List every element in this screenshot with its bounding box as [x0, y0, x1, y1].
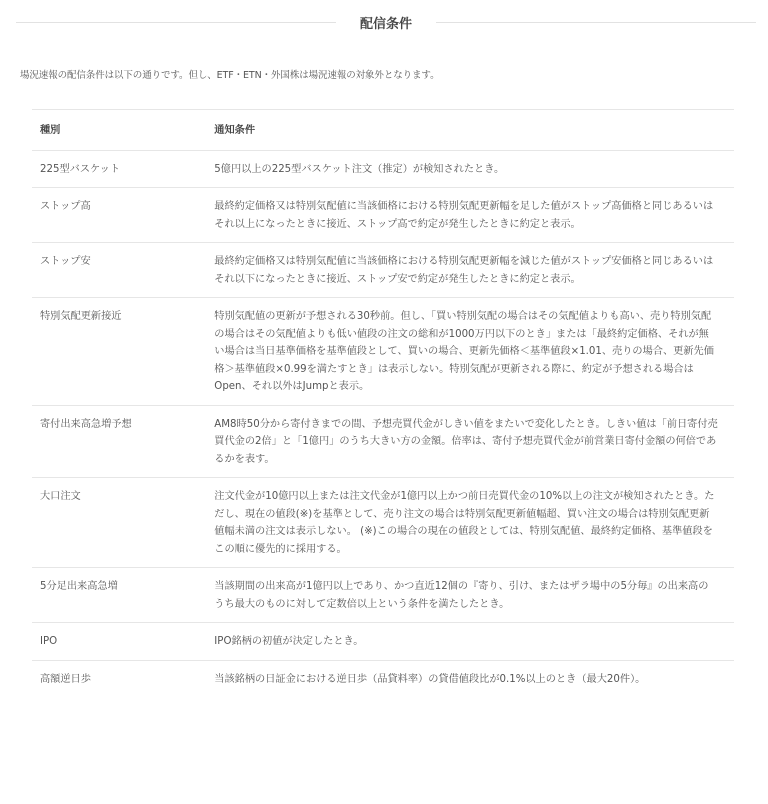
row-type: 寄付出来高急増予想 [32, 405, 206, 478]
section-heading: 配信条件 [16, 10, 756, 34]
table-row: 大口注文 注文代金が10億円以上または注文代金が1億円以上かつ前日売買代金の10… [32, 478, 734, 568]
header-condition: 通知条件 [206, 110, 734, 151]
table-row: IPO IPO銘柄の初値が決定したとき。 [32, 623, 734, 661]
row-condition: 最終約定価格又は特別気配値に当該価格における特別気配更新幅を足した値がストップ高… [206, 188, 734, 243]
row-type: 大口注文 [32, 478, 206, 568]
table-row: 5分足出来高急増 当該期間の出来高が1億円以上であり、かつ直近12個の『寄り、引… [32, 568, 734, 623]
header-type: 種別 [32, 110, 206, 151]
heading-divider-left [16, 22, 336, 23]
table-row: ストップ高 最終約定価格又は特別気配値に当該価格における特別気配更新幅を足した値… [32, 188, 734, 243]
row-condition: AM8時50分から寄付きまでの間、予想売買代金がしきい値をまたいで変化したとき。… [206, 405, 734, 478]
row-condition: 特別気配値の更新が予想される30秒前。但し、「買い特別気配の場合はその気配値より… [206, 298, 734, 406]
row-condition: 注文代金が10億円以上または注文代金が1億円以上かつ前日売買代金の10%以上の注… [206, 478, 734, 568]
row-type: 高額逆日歩 [32, 660, 206, 697]
heading-divider-right [436, 22, 756, 23]
table-row: 225型バスケット 5億円以上の225型バスケット注文（推定）が検知されたとき。 [32, 150, 734, 188]
row-type: ストップ高 [32, 188, 206, 243]
table-row: 寄付出来高急増予想 AM8時50分から寄付きまでの間、予想売買代金がしきい値をま… [32, 405, 734, 478]
table-row: 特別気配更新接近 特別気配値の更新が予想される30秒前。但し、「買い特別気配の場… [32, 298, 734, 406]
row-type: IPO [32, 623, 206, 661]
row-condition: 当該期間の出来高が1億円以上であり、かつ直近12個の『寄り、引け、またはザラ場中… [206, 568, 734, 623]
section-title: 配信条件 [336, 13, 436, 32]
row-condition: IPO銘柄の初値が決定したとき。 [206, 623, 734, 661]
row-type: 5分足出来高急増 [32, 568, 206, 623]
table-row: 高額逆日歩 当該銘柄の日証金における逆日歩（品貸料率）の貸借値段比が0.1%以上… [32, 660, 734, 697]
row-condition: 5億円以上の225型バスケット注文（推定）が検知されたとき。 [206, 150, 734, 188]
table-header-row: 種別 通知条件 [32, 110, 734, 151]
row-type: 特別気配更新接近 [32, 298, 206, 406]
row-condition: 最終約定価格又は特別気配値に当該価格における特別気配更新幅を減じた値がストップ安… [206, 243, 734, 298]
row-condition: 当該銘柄の日証金における逆日歩（品貸料率）の貸借値段比が0.1%以上のとき（最大… [206, 660, 734, 697]
table-row: ストップ安 最終約定価格又は特別気配値に当該価格における特別気配更新幅を減じた値… [32, 243, 734, 298]
intro-text: 場況速報の配信条件は以下の通りです。但し、ETF・ETN・外国株は場況速報の対象… [20, 67, 439, 81]
row-type: ストップ安 [32, 243, 206, 298]
row-type: 225型バスケット [32, 150, 206, 188]
conditions-table: 種別 通知条件 225型バスケット 5億円以上の225型バスケット注文（推定）が… [32, 109, 734, 697]
